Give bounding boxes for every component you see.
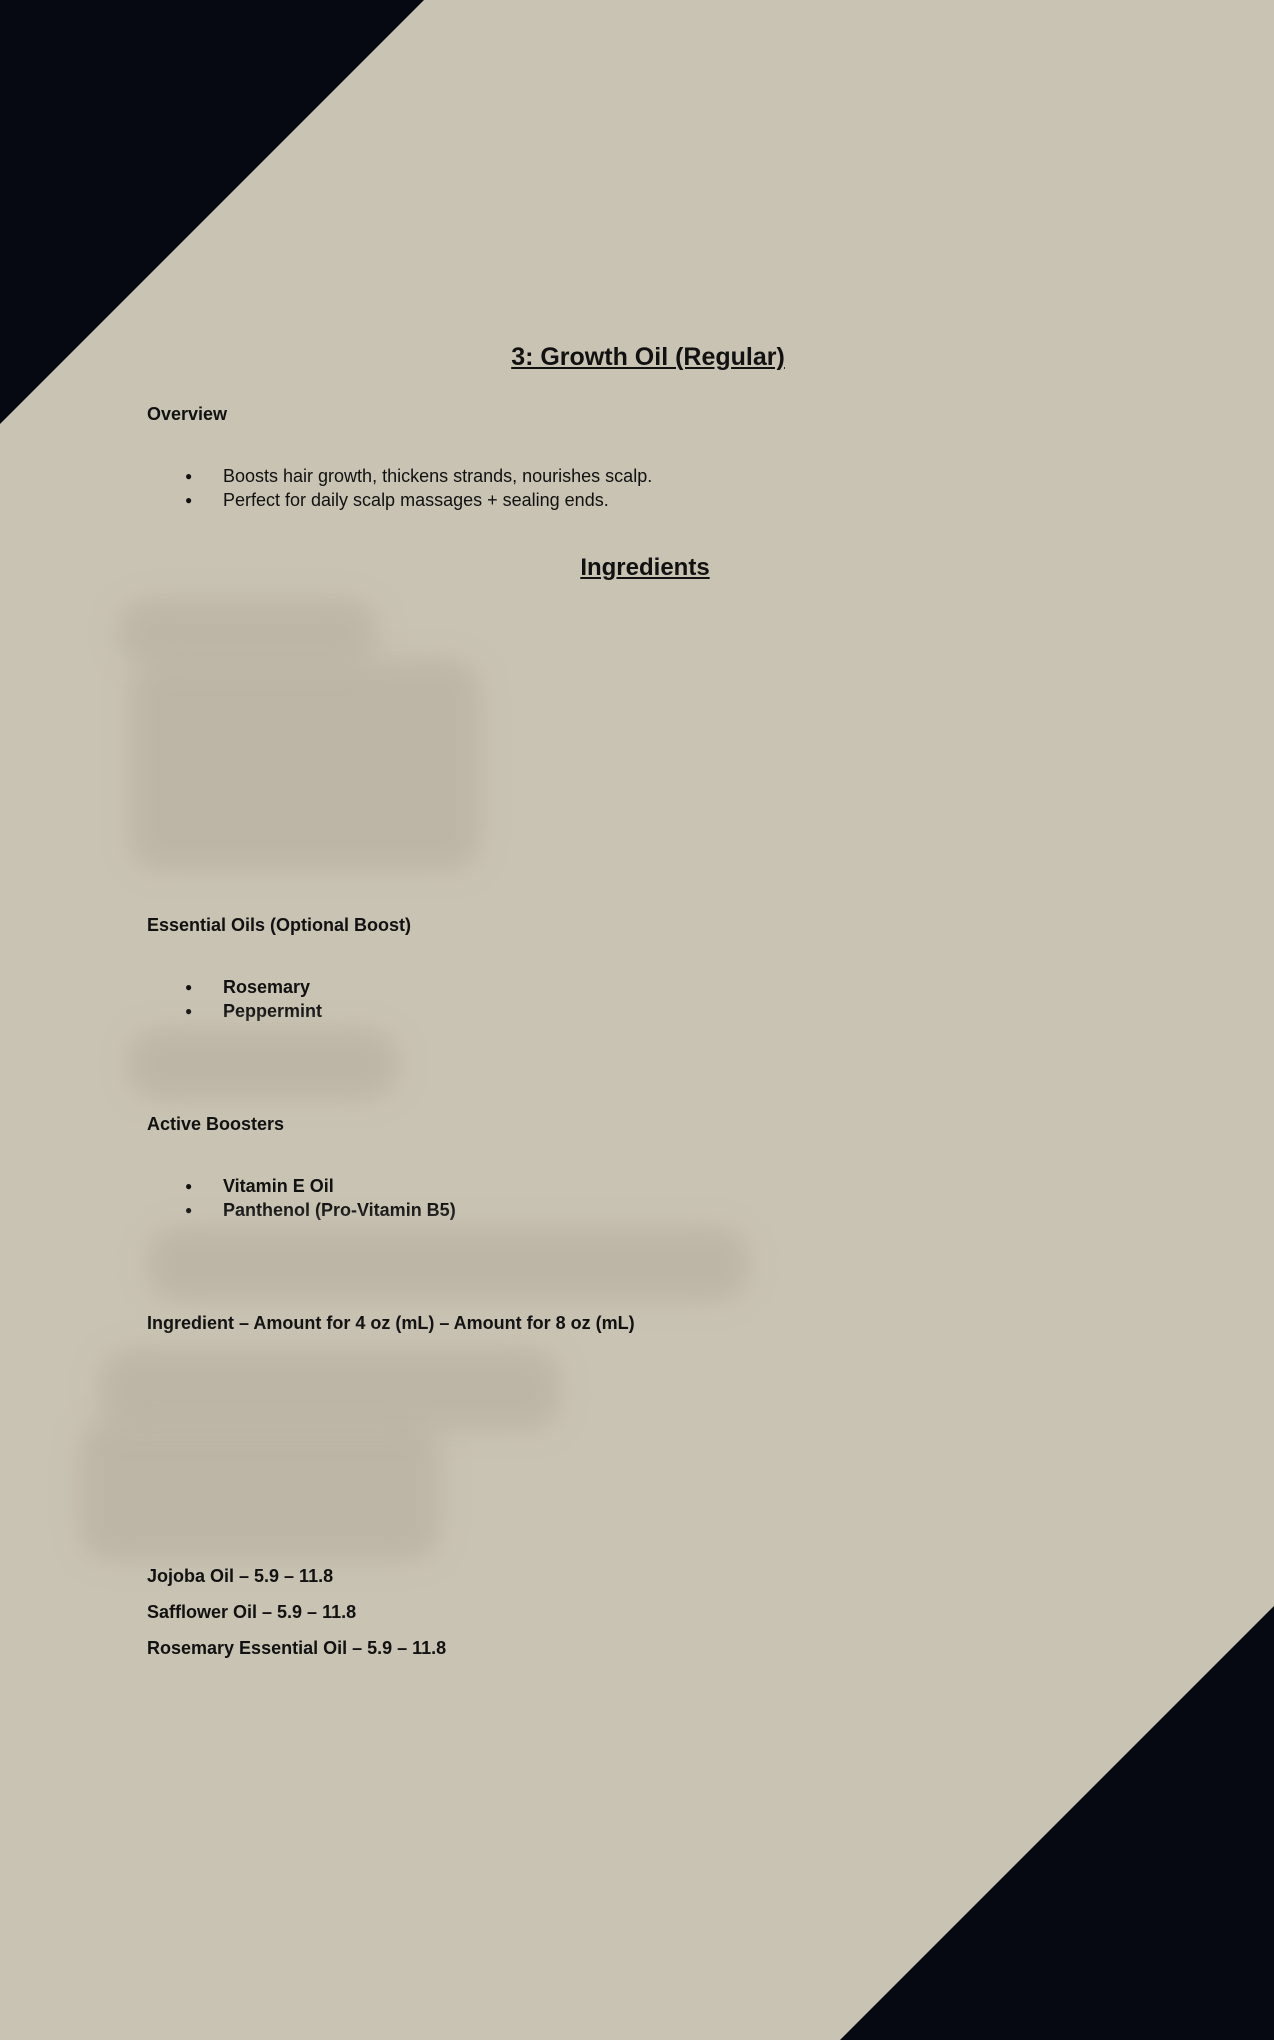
amounts-header: Ingredient – Amount for 4 oz (mL) – Amou… (147, 1313, 635, 1334)
active-boosters-heading: Active Boosters (147, 1114, 284, 1135)
list-item: Peppermint (147, 999, 322, 1023)
overview-heading: Overview (147, 404, 227, 425)
amount-row: Rosemary Essential Oil – 5.9 – 11.8 (147, 1638, 446, 1659)
redacted-region (118, 600, 378, 665)
list-item: Rosemary (147, 975, 322, 999)
list-item: Boosts hair growth, thickens strands, no… (147, 464, 652, 488)
redacted-region (100, 1350, 560, 1430)
list-item: Perfect for daily scalp massages + seali… (147, 488, 652, 512)
list-item: Vitamin E Oil (147, 1174, 456, 1198)
overview-list: Boosts hair growth, thickens strands, no… (147, 464, 652, 512)
list-item: Panthenol (Pro-Vitamin B5) (147, 1198, 456, 1222)
document-title: 3: Growth Oil (Regular) (0, 343, 1274, 372)
active-boosters-list: Vitamin E Oil Panthenol (Pro-Vitamin B5) (147, 1174, 456, 1222)
redacted-region (130, 660, 480, 870)
amount-row: Safflower Oil – 5.9 – 11.8 (147, 1602, 356, 1623)
document-page: 3: Growth Oil (Regular) Overview Boosts … (0, 0, 1274, 2040)
ingredients-heading: Ingredients (0, 554, 1274, 582)
essential-oils-list: Rosemary Peppermint (147, 975, 322, 1023)
redacted-region (80, 1420, 440, 1560)
redacted-region (148, 1228, 748, 1300)
amount-row: Jojoba Oil – 5.9 – 11.8 (147, 1566, 333, 1587)
essential-oils-heading: Essential Oils (Optional Boost) (147, 915, 411, 936)
redacted-region (128, 1030, 398, 1098)
